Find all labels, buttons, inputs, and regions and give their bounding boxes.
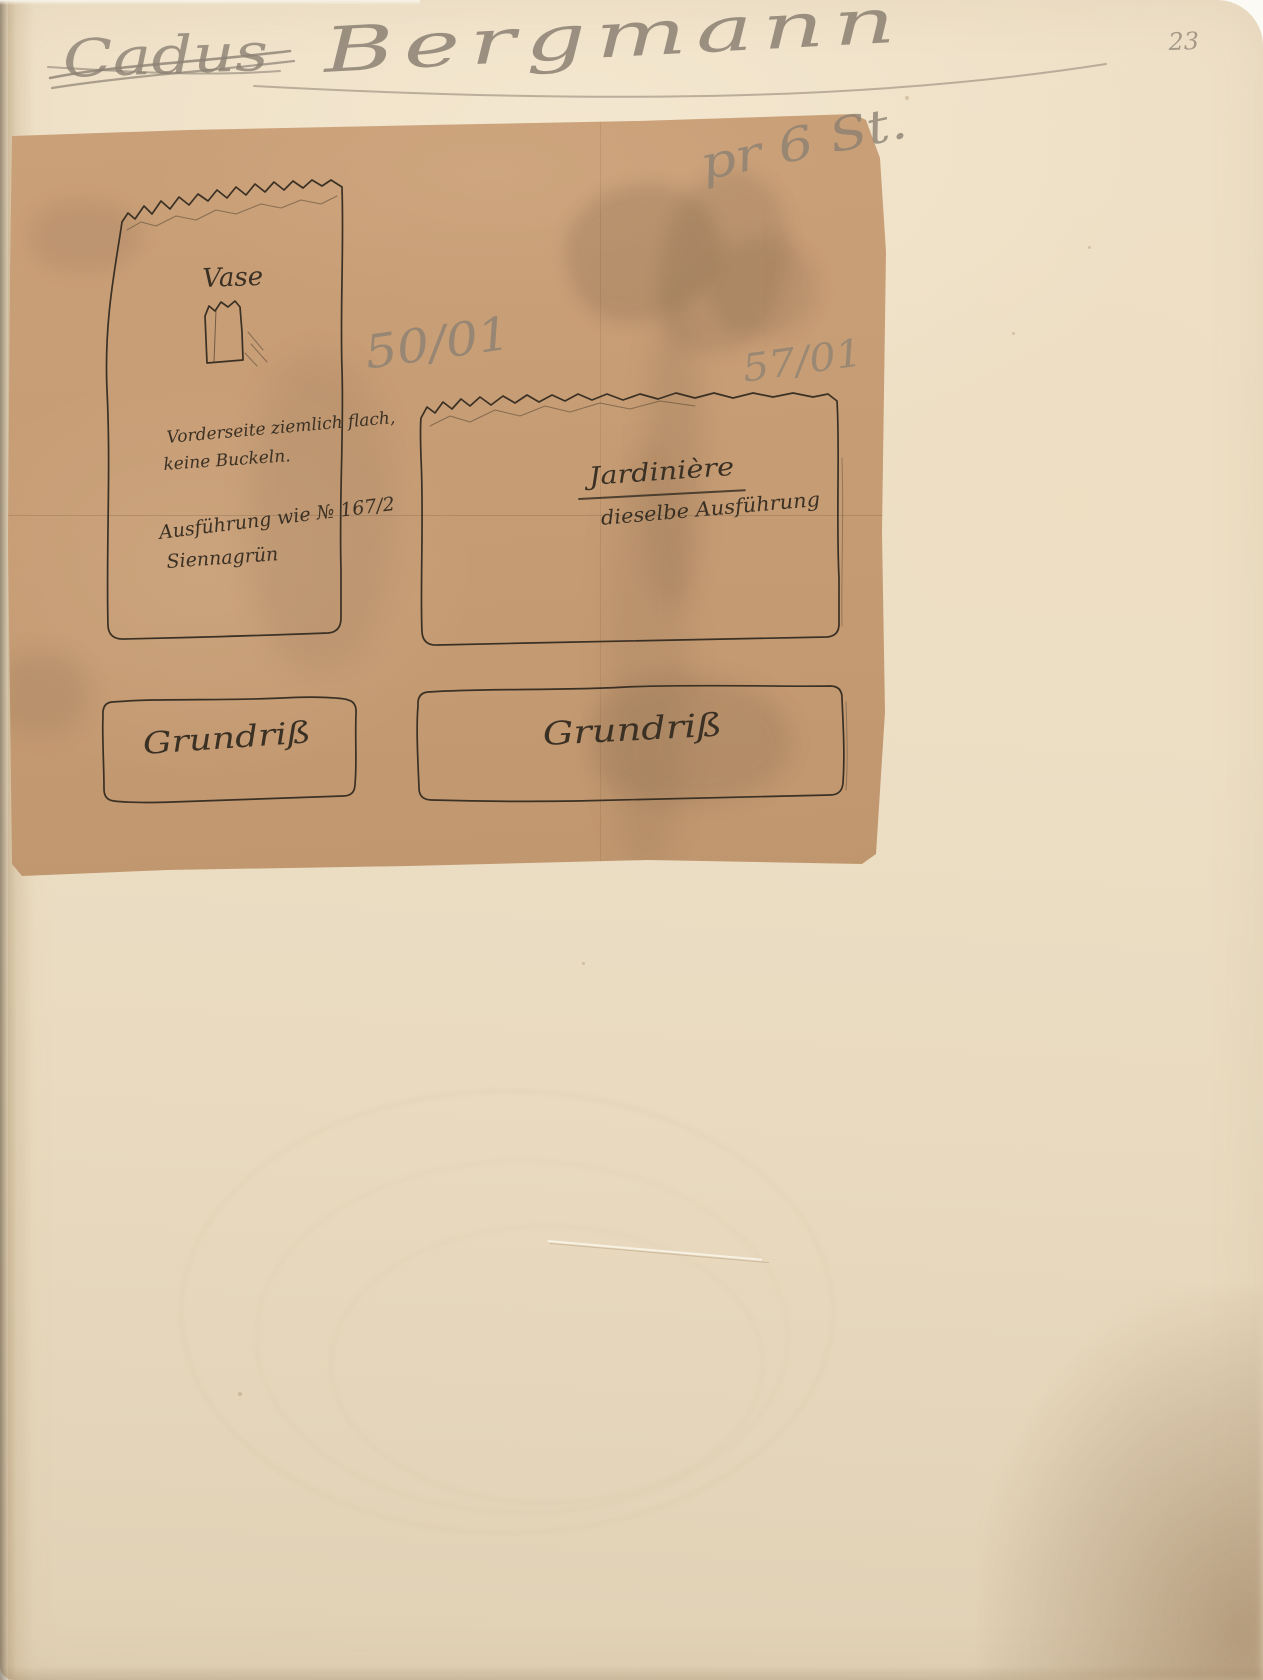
plan-right-title: Grundriß — [542, 709, 723, 750]
foxing-speck — [582, 962, 585, 965]
page-top-edge — [0, 0, 420, 5]
foxing-speck — [1088, 246, 1091, 249]
stain-blob — [708, 237, 818, 337]
corner-water-stain — [980, 1290, 1263, 1680]
foxing-speck — [238, 1392, 242, 1396]
page-number: 23 — [1168, 29, 1199, 54]
foxing-speck — [1012, 332, 1015, 335]
water-ring-stain — [330, 1225, 764, 1504]
vase-title: Vase — [202, 264, 263, 292]
scrapbook-scan: Cadus Bergmann 23 pr 6 St. Vase Vorderse… — [0, 0, 1263, 1680]
stain-blob — [0, 650, 91, 735]
name-underline-flourish — [248, 58, 1114, 112]
